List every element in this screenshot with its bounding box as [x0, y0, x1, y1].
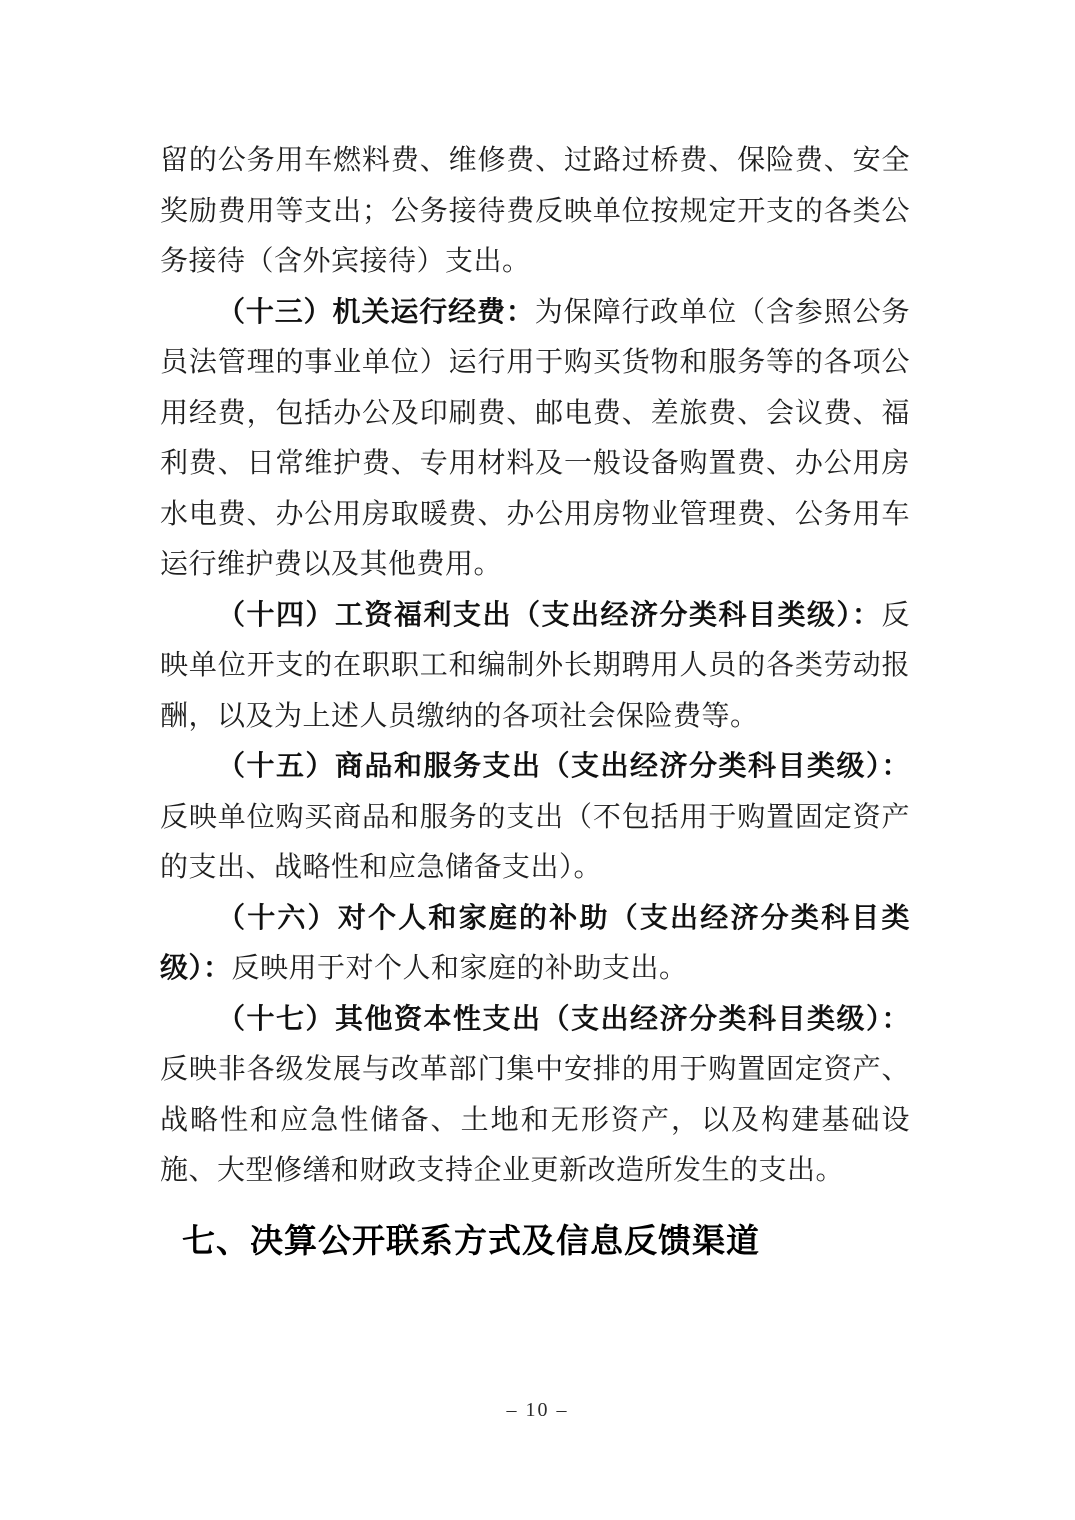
paragraph-lead: （十三）机关运行经费： — [217, 297, 535, 328]
paragraph-text: 反映单位购买商品和服务的支出（不包括用于购置固定资产的支出、战略性和应急储备支出… — [160, 802, 910, 884]
paragraph-lead: （十四）工资福利支出（支出经济分类科目类级）： — [217, 600, 881, 631]
document-page: 留的公务用车燃料费、维修费、过路过桥费、保险费、安全奖励费用等支出；公务接待费反… — [0, 0, 1075, 1520]
paragraph-item-16: （十六）对个人和家庭的补助（支出经济分类科目类级）：反映用于对个人和家庭的补助支… — [160, 894, 910, 995]
paragraph-lead: （十七）其他资本性支出（支出经济分类科目类级）： — [217, 1004, 910, 1035]
document-body: 留的公务用车燃料费、维修费、过路过桥费、保险费、安全奖励费用等支出；公务接待费反… — [160, 136, 910, 1261]
paragraph-item-14: （十四）工资福利支出（支出经济分类科目类级）：反映单位开支的在职职工和编制外长期… — [160, 591, 910, 743]
paragraph-text: 留的公务用车燃料费、维修费、过路过桥费、保险费、安全奖励费用等支出；公务接待费反… — [160, 145, 910, 277]
paragraph-text: 反映非各级发展与改革部门集中安排的用于购置固定资产、战略性和应急性储备、土地和无… — [160, 1054, 910, 1186]
paragraph-text: 反映用于对个人和家庭的补助支出。 — [232, 953, 688, 984]
paragraph-item-17: （十七）其他资本性支出（支出经济分类科目类级）：反映非各级发展与改革部门集中安排… — [160, 995, 910, 1197]
paragraph-continuation: 留的公务用车燃料费、维修费、过路过桥费、保险费、安全奖励费用等支出；公务接待费反… — [160, 136, 910, 288]
paragraph-item-13: （十三）机关运行经费：为保障行政单位（含参照公务员法管理的事业单位）运行用于购买… — [160, 288, 910, 591]
section-heading: 七、决算公开联系方式及信息反馈渠道 — [182, 1221, 910, 1261]
paragraph-item-15: （十五）商品和服务支出（支出经济分类科目类级）：反映单位购买商品和服务的支出（不… — [160, 742, 910, 894]
page-number: – 10 – — [0, 1396, 1075, 1424]
paragraph-lead: （十五）商品和服务支出（支出经济分类科目类级）： — [217, 751, 910, 782]
paragraph-text: 为保障行政单位（含参照公务员法管理的事业单位）运行用于购买货物和服务等的各项公用… — [160, 297, 910, 581]
